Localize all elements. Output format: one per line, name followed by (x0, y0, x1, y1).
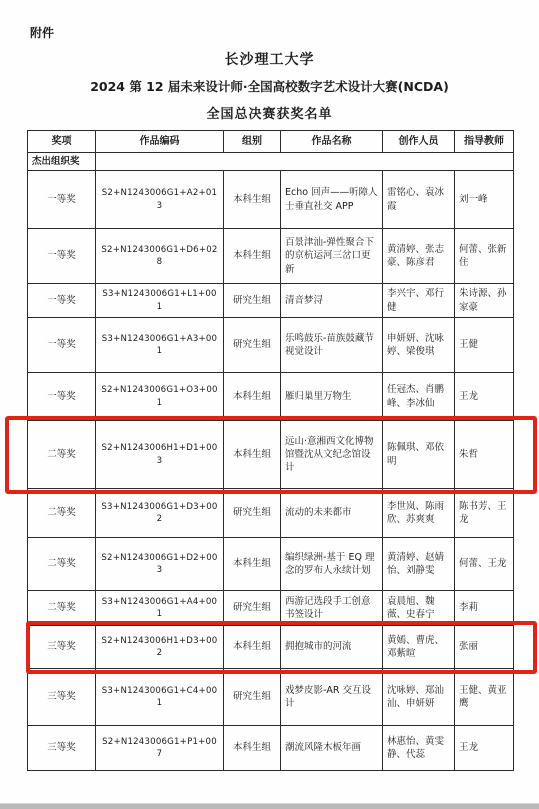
group-cell: 研究生组 (224, 318, 281, 373)
group-cell: 本科生组 (224, 171, 281, 229)
creators-cell: 李兴宇、邓行健 (383, 284, 455, 318)
code-cell: S2+N1243006H1+D3+002 (96, 626, 224, 669)
award-cell: 二等奖 (28, 538, 96, 591)
title-cell: 编织绿洲-基于 EQ 理念的罗布人永续计划 (281, 538, 383, 591)
title-cell: 远山·意湘西文化博物馆暨沈从文纪念馆设计 (281, 421, 383, 489)
group-cell: 研究生组 (224, 591, 281, 626)
special-award-cell: 杰出组织奖 (28, 153, 96, 171)
creators-cell: 雷铭心、袁冰霞 (383, 171, 455, 229)
advisors-cell: 王健、黄亚鹰 (455, 669, 514, 726)
title-cell: 拥抱城市的河流 (281, 626, 383, 669)
table-row: 一等奖 S2+N1243006G1+O3+001 本科生组 雁归巢里万物生 任冠… (28, 373, 514, 421)
table-row: 三等奖 S3+N1243006G1+C4+001 研究生组 戏梦皮影-AR 交互… (28, 669, 514, 726)
group-cell: 本科生组 (224, 726, 281, 771)
group-cell: 本科生组 (224, 421, 281, 489)
award-table: 奖项 作品编码 组别 作品名称 创作人员 指导教师 杰出组织奖 一等奖 S2+N… (27, 130, 514, 771)
attachment-label: 附件 (30, 24, 54, 41)
award-cell: 三等奖 (28, 726, 96, 771)
title-cell: 流动的未来都市 (281, 489, 383, 538)
title-cell: 清音梦浔 (281, 284, 383, 318)
title-cell: Echo 回声——听障人士垂直社交 APP (281, 171, 383, 229)
award-cell: 三等奖 (28, 626, 96, 669)
code-cell: S2+N1243006G1+D2+003 (96, 538, 224, 591)
creators-cell: 黄嫣、曹虎、邓紫暄 (383, 626, 455, 669)
title-cell: 百景津汕-弹性聚合下的京杭运河三岔口更新 (281, 229, 383, 284)
header-creators: 创作人员 (383, 131, 455, 153)
advisors-cell: 王龙 (455, 726, 514, 771)
table-row: 二等奖 S3+N1243006G1+D3+002 研究生组 流动的未来都市 李世… (28, 489, 514, 538)
advisors-cell: 何蕾、张新住 (455, 229, 514, 284)
group-cell: 研究生组 (224, 284, 281, 318)
title-cell: 西游记选段手工创意书签设计 (281, 591, 383, 626)
table-row: 二等奖 S3+N1243006G1+A4+001 研究生组 西游记选段手工创意书… (28, 591, 514, 626)
header-title: 作品名称 (281, 131, 383, 153)
title-cell: 潮流风隆木板年画 (281, 726, 383, 771)
table-row: 一等奖 S3+N1243006G1+L1+001 研究生组 清音梦浔 李兴宇、邓… (28, 284, 514, 318)
award-cell: 一等奖 (28, 284, 96, 318)
table-row: 二等奖 S2+N1243006H1+D1+003 本科生组 远山·意湘西文化博物… (28, 421, 514, 489)
code-cell: S2+N1243006G1+P1+007 (96, 726, 224, 771)
header-award: 奖项 (28, 131, 96, 153)
header-group: 组别 (224, 131, 281, 153)
header-advisors: 指导教师 (455, 131, 514, 153)
advisors-cell: 王龙 (455, 373, 514, 421)
table-row: 二等奖 S2+N1243006G1+D2+003 本科生组 编织绿洲-基于 EQ… (28, 538, 514, 591)
award-cell: 一等奖 (28, 229, 96, 284)
code-cell: S3+N1243006G1+A4+001 (96, 591, 224, 626)
header-code: 作品编码 (96, 131, 224, 153)
creators-cell: 黄清婷、赵婧怡、刘静雯 (383, 538, 455, 591)
award-cell: 二等奖 (28, 421, 96, 489)
advisors-cell: 朱哲 (455, 421, 514, 489)
award-cell: 一等奖 (28, 171, 96, 229)
creators-cell: 申妍妍、沈咏婷、梁俊琪 (383, 318, 455, 373)
table-row: 一等奖 S2+N1243006G1+D6+028 本科生组 百景津汕-弹性聚合下… (28, 229, 514, 284)
group-cell: 研究生组 (224, 669, 281, 726)
advisors-cell: 李莉 (455, 591, 514, 626)
award-list-title: 全国总决赛获奖名单 (0, 103, 539, 122)
title-cell: 戏梦皮影-AR 交互设计 (281, 669, 383, 726)
university-title: 长沙理工大学 (0, 49, 539, 69)
creators-cell: 李世岚、陈雨欣、苏爽爽 (383, 489, 455, 538)
document-page: 附件 长沙理工大学 2024 第 12 届未来设计师·全国高校数字艺术设计大赛(… (0, 0, 539, 809)
advisors-cell: 刘一峰 (455, 171, 514, 229)
code-cell: S2+N1243006G1+O3+001 (96, 373, 224, 421)
award-cell: 二等奖 (28, 591, 96, 626)
creators-cell: 沈咏婷、郑汕汕、申妍妍 (383, 669, 455, 726)
table-row: 一等奖 S3+N1243006G1+A3+001 研究生组 乐鸣鼓乐-苗族鼓藏节… (28, 318, 514, 373)
title-cell: 雁归巢里万物生 (281, 373, 383, 421)
code-cell: S3+N1243006G1+A3+001 (96, 318, 224, 373)
advisors-cell: 张丽 (455, 626, 514, 669)
creators-cell: 袁晨旭、魏薇、史春宁 (383, 591, 455, 626)
advisors-cell: 王健 (455, 318, 514, 373)
code-cell: S3+N1243006G1+L1+001 (96, 284, 224, 318)
award-cell: 二等奖 (28, 489, 96, 538)
award-cell: 一等奖 (28, 373, 96, 421)
code-cell: S3+N1243006G1+D3+002 (96, 489, 224, 538)
creators-cell: 任冠杰、肖鹏峰、李冰仙 (383, 373, 455, 421)
title-cell: 乐鸣鼓乐-苗族鼓藏节视觉设计 (281, 318, 383, 373)
code-cell: S2+N1243006G1+A2+013 (96, 171, 224, 229)
table-header-row: 奖项 作品编码 组别 作品名称 创作人员 指导教师 (28, 131, 514, 153)
code-cell: S2+N1243006H1+D1+003 (96, 421, 224, 489)
award-cell: 一等奖 (28, 318, 96, 373)
page-bottom-bar (0, 803, 539, 809)
advisors-cell: 朱诗源、孙家豪 (455, 284, 514, 318)
special-award-row: 杰出组织奖 (28, 153, 514, 171)
competition-title: 2024 第 12 届未来设计师·全国高校数字艺术设计大赛(NCDA) (0, 77, 539, 95)
special-award-empty-cell (96, 153, 514, 171)
creators-cell: 林惠怡、黄雯静、代蕊 (383, 726, 455, 771)
group-cell: 本科生组 (224, 373, 281, 421)
creators-cell: 黄清婷、张志豪、陈彦君 (383, 229, 455, 284)
award-cell: 三等奖 (28, 669, 96, 726)
creators-cell: 陈佩琪、邓依明 (383, 421, 455, 489)
group-cell: 本科生组 (224, 538, 281, 591)
table-row: 三等奖 S2+N1243006G1+P1+007 本科生组 潮流风隆木板年画 林… (28, 726, 514, 771)
group-cell: 研究生组 (224, 489, 281, 538)
table-row: 一等奖 S2+N1243006G1+A2+013 本科生组 Echo 回声——听… (28, 171, 514, 229)
advisors-cell: 陈书芳、王龙 (455, 489, 514, 538)
code-cell: S2+N1243006G1+D6+028 (96, 229, 224, 284)
table-row: 三等奖 S2+N1243006H1+D3+002 本科生组 拥抱城市的河流 黄嫣… (28, 626, 514, 669)
group-cell: 本科生组 (224, 229, 281, 284)
group-cell: 本科生组 (224, 626, 281, 669)
code-cell: S3+N1243006G1+C4+001 (96, 669, 224, 726)
advisors-cell: 何蕾、王龙 (455, 538, 514, 591)
